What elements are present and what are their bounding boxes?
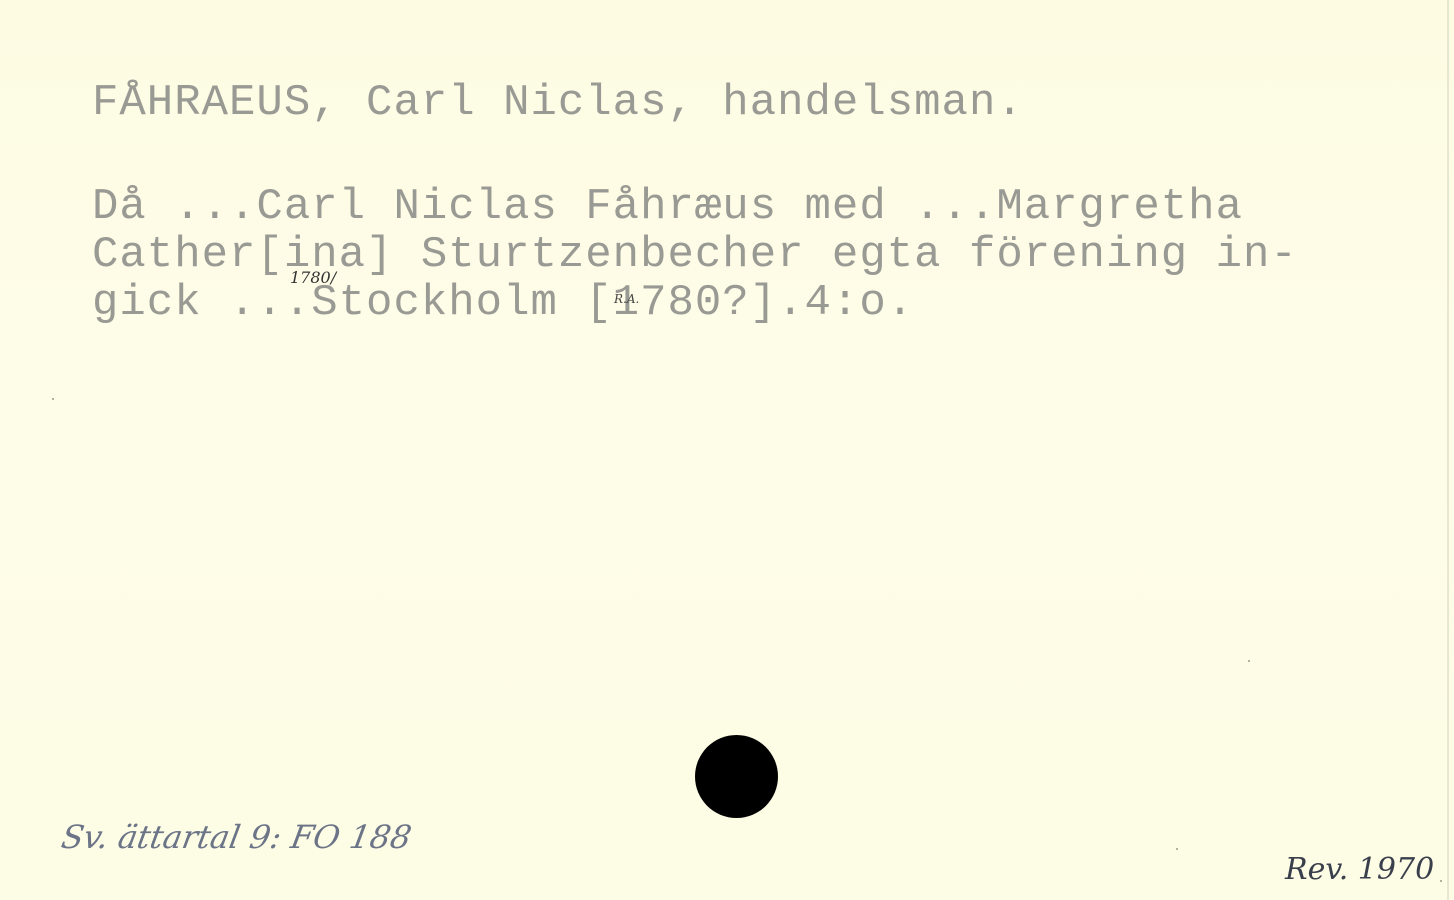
card-heading: FÅHRAEUS, Carl Niclas, handelsman. [92, 76, 1024, 130]
catalog-card: FÅHRAEUS, Carl Niclas, handelsman. Då ..… [0, 0, 1454, 900]
handwritten-ra-insert: R.A. [614, 292, 639, 306]
card-body-line-3: gick ...Stockholm [1780?].4:o. [92, 280, 914, 326]
card-body-line-2: Cather[ina] Sturtzenbecher egta förening… [92, 232, 1298, 278]
paper-speck [1440, 880, 1442, 882]
handwritten-reference: Sv. ättartal 9: FO 188 [59, 818, 415, 856]
paper-speck [1248, 660, 1250, 662]
handwritten-year-insert: 1780/ [290, 268, 336, 287]
paper-speck [52, 398, 54, 400]
handwritten-revision-note: Rev. 1970 [1285, 852, 1434, 887]
card-body-line-1: Då ...Carl Niclas Fåhræus med ...Margret… [92, 184, 1243, 230]
card-edge [1447, 0, 1449, 900]
punch-hole [695, 735, 778, 818]
paper-speck [1176, 848, 1178, 850]
